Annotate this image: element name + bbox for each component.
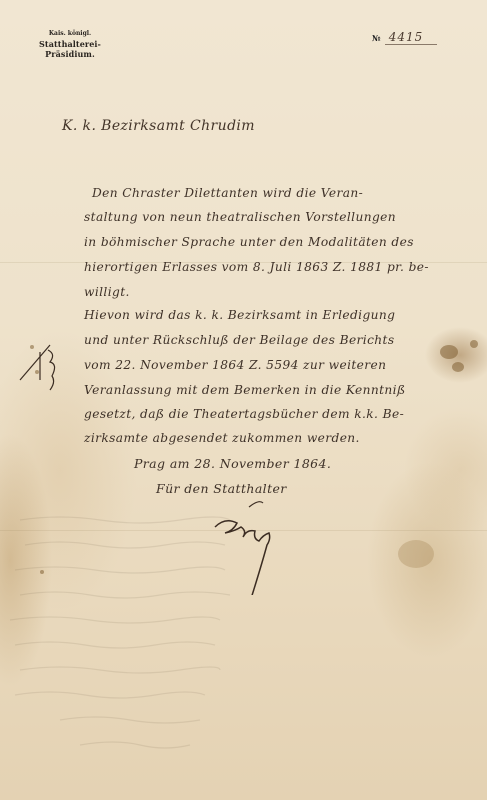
body-line: Veranlassung mit dem Bemerken in die Ken… [84,383,406,397]
reference-number-value: 4415 [385,30,438,45]
body-line: hierortigen Erlasses vom 8. Juli 1863 Z.… [84,260,429,274]
body-line: Hievon wird das k. k. Bezirksamt in Erle… [84,308,395,322]
place-date: Prag am 28. November 1864. [134,456,331,471]
body-line: vom 22. November 1864 Z. 5594 zur weiter… [84,358,386,372]
letterhead-title: Statthalterei-Präsidium. [20,39,120,59]
body-line: willigt. [84,285,130,299]
signature: Kopetz [195,495,335,595]
number-sign: № [372,33,381,43]
addressee: K. k. Bezirksamt Chrudim [62,118,255,134]
document-page: Kais. königl. Statthalterei-Präsidium. №… [0,0,487,800]
reference-number: № 4415 [372,30,437,45]
body-line: Den Chraster Dilettanten wird die Veran- [92,186,363,200]
body-line: staltung von neun theatralischen Vorstel… [84,210,396,224]
letterhead-subtitle: Kais. königl. [20,30,120,37]
margin-annotation: ʃ/B [15,340,65,400]
body-line: zirksamte abgesendet zukommen werden. [84,431,360,445]
body-line: gesetzt, daß die Theatertagsbücher dem k… [84,407,404,421]
closing-formula: Für den Statthalter [156,481,287,496]
body-line: und unter Rückschluß der Beilage des Ber… [84,333,395,347]
body-line: in böhmischer Sprache unter den Modalitä… [84,235,414,249]
